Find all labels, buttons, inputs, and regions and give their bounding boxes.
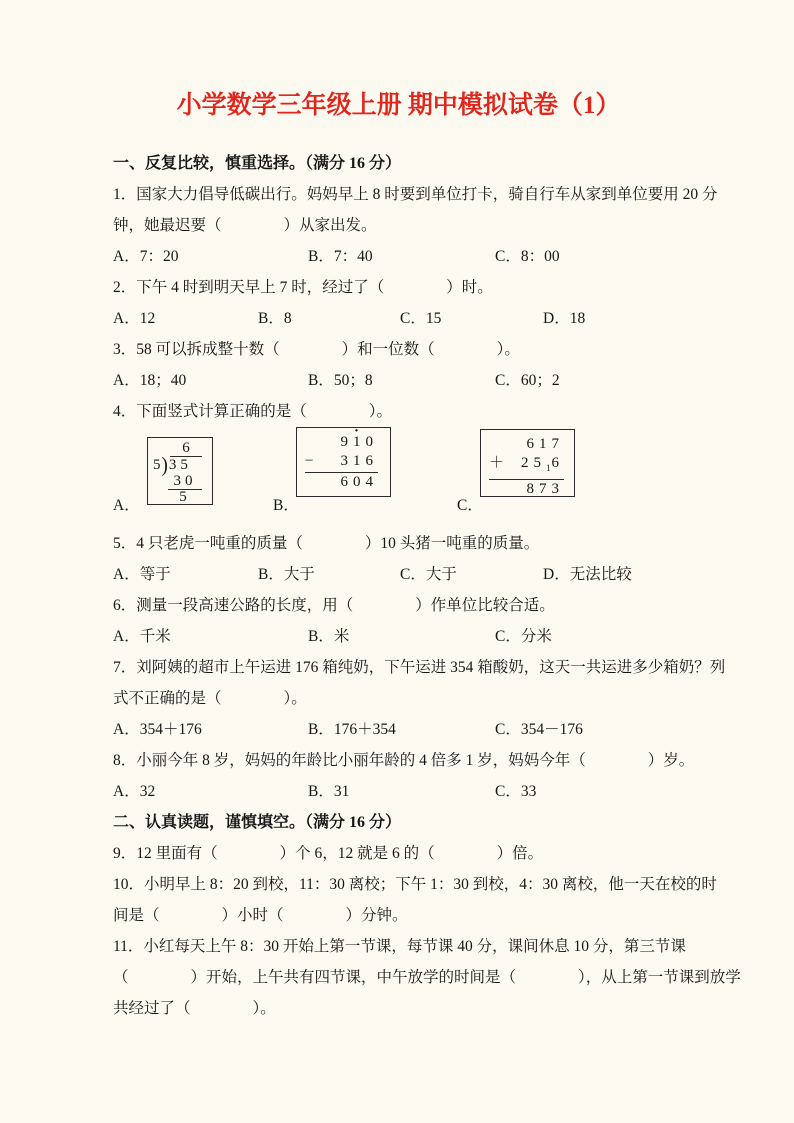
q1-options: A．7：20 B．7：40 C．8：00	[113, 241, 684, 272]
q4-box-a-label: A．	[113, 497, 140, 515]
subtraction-operator-row: − 316	[305, 452, 378, 473]
addend2-digits: 25	[521, 455, 546, 471]
addition-operator-row: ＋ 2516	[489, 454, 564, 480]
q7-stem-line1: 7．刘阿姨的超市上午运进 176 箱纯奶，下午运进 354 箱酸奶，这天一共运进…	[113, 652, 684, 683]
q3-stem: 3．58 可以拆成整十数（ ）和一位数（ ）。	[113, 334, 684, 365]
q5-option-c: C．大于	[400, 559, 457, 590]
q1-stem-line1: 1．国家大力倡导低碳出行。妈妈早上 8 时要到单位打卡，骑自行车从家到单位要用 …	[113, 179, 684, 210]
q4-subtraction-box: 9·10 − 316 604	[296, 427, 391, 497]
q6-options: A．千米 B．米 C．分米	[113, 621, 684, 652]
q5-option-a: A．等于	[113, 559, 171, 590]
carry-mark: 1	[546, 463, 551, 473]
q11-stem-line1: 11．小红每天上午 8：30 开始上第一节课，每节课 40 分，课间休息 10 …	[113, 931, 684, 962]
addition-addend1-row: 617	[489, 435, 564, 454]
q6-option-a: A．千米	[113, 621, 171, 652]
q9-stem: 9．12 里面有（ ）个 6，12 就是 6 的（ ）倍。	[113, 838, 684, 869]
subtraction-result-row: 604	[305, 473, 378, 492]
minus-sign-icon: −	[305, 452, 313, 471]
q8-option-b: B．31	[308, 776, 349, 807]
q6-stem: 6．测量一段高速公路的长度，用（ ）作单位比较合适。	[113, 590, 684, 621]
minuend-digit-2: ·1	[353, 434, 366, 450]
q7-options: A．354＋176 B．176＋354 C．354－176	[113, 714, 684, 745]
exam-page: 小学数学三年级上册 期中模拟试卷（1） 一、反复比较，慎重选择。（满分 16 分…	[0, 0, 794, 1123]
q11-stem-line2: （ ）开始，上午共有四节课，中午放学的时间是（ ），从上第一节课到放学	[113, 962, 684, 993]
addition-addend2: 2516	[521, 454, 564, 478]
section-1-heading: 一、反复比较，慎重选择。（满分 16 分）	[113, 148, 684, 179]
q8-stem: 8．小丽今年 8 岁，妈妈的年龄比小丽年龄的 4 倍多 1 岁，妈妈今年（ ）岁…	[113, 745, 684, 776]
subtraction-minuend: 9·10	[341, 433, 379, 452]
q4-stem: 4．下面竖式计算正确的是（ ）。	[113, 396, 684, 427]
addend2-last-digit: 6	[552, 455, 565, 471]
q3-option-a: A．18；40	[113, 365, 186, 396]
plus-sign-icon: ＋	[489, 454, 504, 478]
addition-result: 873	[527, 480, 565, 499]
minuend-digit-3: 0	[366, 434, 379, 450]
addition-result-row: 873	[489, 480, 564, 499]
q8-options: A．32 B．31 C．33	[113, 776, 684, 807]
q1-option-c: C．8：00	[495, 241, 560, 272]
q6-option-b: B．米	[308, 621, 349, 652]
addition-addend1: 617	[527, 435, 565, 454]
q2-option-d: D．18	[543, 303, 585, 334]
q3-option-c: C．60；2	[495, 365, 560, 396]
q8-option-c: C．33	[495, 776, 536, 807]
subtraction-minuend-row: 9·10	[305, 433, 378, 452]
q2-options: A．12 B．8 C．15 D．18	[113, 303, 684, 334]
division-divisor: 5	[153, 457, 161, 473]
q6-option-c: C．分米	[495, 621, 552, 652]
q1-stem-line2: 钟，她最迟要（ ）从家出发。	[113, 210, 684, 241]
q4-calculation-row: A． 6 5)35 30 5 B． 9·10 − 316 604 C． 617	[113, 427, 684, 528]
division-bracket-icon: )	[162, 457, 168, 475]
q5-option-d: D．无法比较	[543, 559, 632, 590]
page-title: 小学数学三年级上册 期中模拟试卷（1）	[113, 88, 684, 124]
q10-stem-line2: 间是（ ）小时（ ）分钟。	[113, 900, 684, 931]
q4-box-c-label: C．	[457, 497, 483, 515]
q2-option-c: C．15	[400, 303, 441, 334]
q2-option-a: A．12	[113, 303, 155, 334]
division-product: 30	[168, 474, 202, 490]
division-remainder: 5	[168, 490, 198, 505]
q11-stem-line3: 共经过了（ ）。	[113, 993, 684, 1024]
q4-box-b-label: B．	[273, 497, 299, 515]
subtraction-subtrahend: 316	[341, 452, 379, 471]
q3-options: A．18；40 B．50；8 C．60；2	[113, 365, 684, 396]
subtraction-result: 604	[341, 473, 379, 492]
q1-option-a: A．7：20	[113, 241, 178, 272]
q4-division-box: 6 5)35 30 5	[147, 437, 213, 505]
q7-option-a: A．354＋176	[113, 714, 202, 745]
q10-stem-line1: 10．小明早上 8：20 到校，11：30 离校；下午 1：30 到校，4：30…	[113, 869, 684, 900]
q7-option-b: B．176＋354	[308, 714, 396, 745]
section-2-heading: 二、认真读题，谨慎填空。（满分 16 分）	[113, 807, 684, 838]
q7-option-c: C．354－176	[495, 714, 583, 745]
q5-option-b: B．大于	[258, 559, 315, 590]
q5-options: A．等于 B．大于 C．大于 D．无法比较	[113, 559, 684, 590]
minuend-digit-1: 9	[341, 434, 354, 450]
q2-stem: 2．下午 4 时到明天早上 7 时，经过了（ ）时。	[113, 272, 684, 303]
borrow-dot-icon: ·	[354, 422, 359, 441]
q8-option-a: A．32	[113, 776, 155, 807]
division-main-row: 5)35	[148, 457, 212, 474]
q4-addition-box: 617 ＋ 2516 873	[480, 429, 575, 497]
q5-stem: 5．4 只老虎一吨重的质量（ ）10 头猪一吨重的质量。	[113, 528, 684, 559]
q7-stem-line2: 式不正确的是（ ）。	[113, 683, 684, 714]
division-dividend: 35	[169, 457, 192, 473]
division-quotient: 6	[170, 441, 202, 457]
q2-option-b: B．8	[258, 303, 292, 334]
q1-option-b: B．7：40	[308, 241, 373, 272]
q3-option-b: B．50；8	[308, 365, 373, 396]
